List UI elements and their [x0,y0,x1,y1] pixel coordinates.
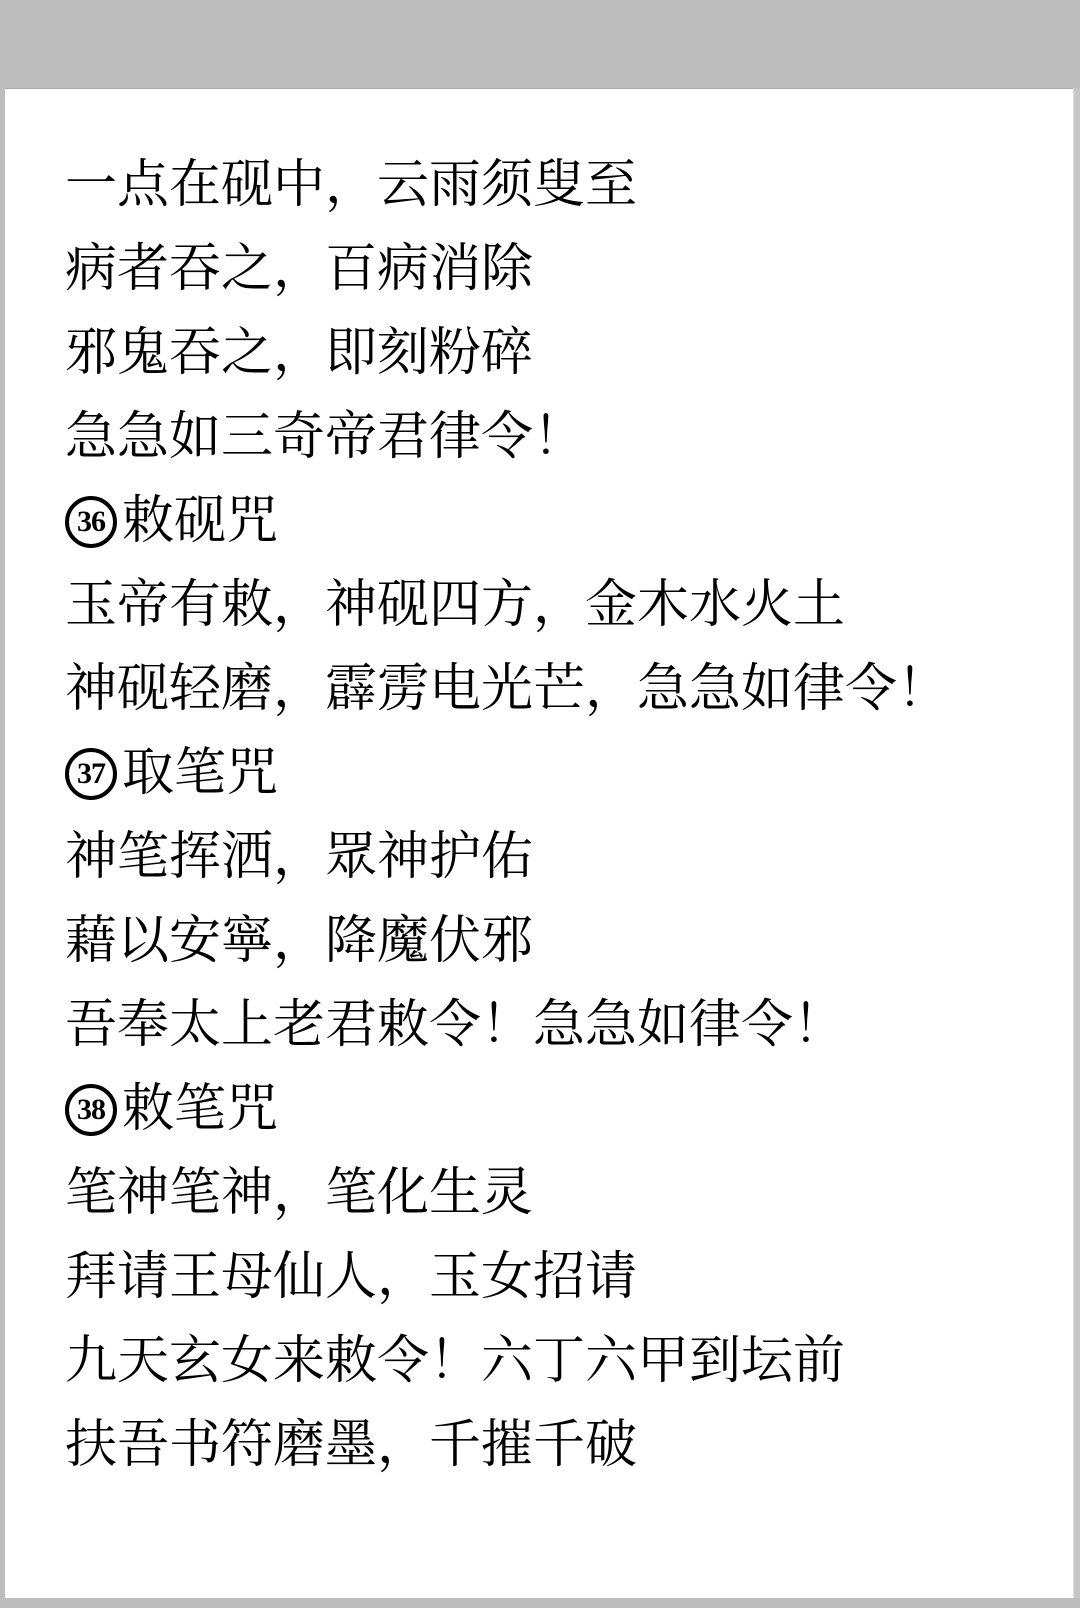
text-line: 神笔挥洒，眾神护佑 [65,816,1063,900]
circled-number: 37 [65,748,117,800]
text-line: 藉以安寧，降魔伏邪 [65,900,1063,984]
text-line: 急急如三奇帝君律令！ [65,396,1063,480]
text-line: 笔神笔神，笔化生灵 [65,1152,1063,1236]
text-line: 病者吞之，百病消除 [65,228,1063,312]
section-heading-line: 38敕笔咒 [65,1068,1063,1152]
scrollbar[interactable] [1073,88,1080,1598]
section-heading-line: 37取笔咒 [65,732,1063,816]
text-line: 神砚轻磨，霹雳电光芒，急急如律令！ [65,648,1063,732]
section-title: 取笔咒 [122,748,278,800]
section-heading-line: 36敕砚咒 [65,480,1063,564]
text-line: 一点在砚中，云雨须叟至 [65,144,1063,228]
section-title: 敕砚咒 [122,496,278,548]
text-line: 扶吾书符磨墨，千摧千破 [65,1404,1063,1488]
circled-number: 38 [65,1084,117,1136]
circled-number: 36 [65,496,117,548]
section-title: 敕笔咒 [122,1084,278,1136]
text-line: 邪鬼吞之，即刻粉碎 [65,312,1063,396]
text-line: 吾奉太上老君敕令！急急如律令！ [65,984,1063,1068]
text-line: 拜请王母仙人，玉女招请 [65,1236,1063,1320]
text-line: 玉帝有敕，神砚四方，金木水火土 [65,564,1063,648]
document-lines: 一点在砚中，云雨须叟至病者吞之，百病消除邪鬼吞之，即刻粉碎急急如三奇帝君律令！3… [5,89,1073,1488]
text-line: 九天玄女来敕令！六丁六甲到坛前 [65,1320,1063,1404]
document-page: 一点在砚中，云雨须叟至病者吞之，百病消除邪鬼吞之，即刻粉碎急急如三奇帝君律令！3… [5,88,1073,1598]
